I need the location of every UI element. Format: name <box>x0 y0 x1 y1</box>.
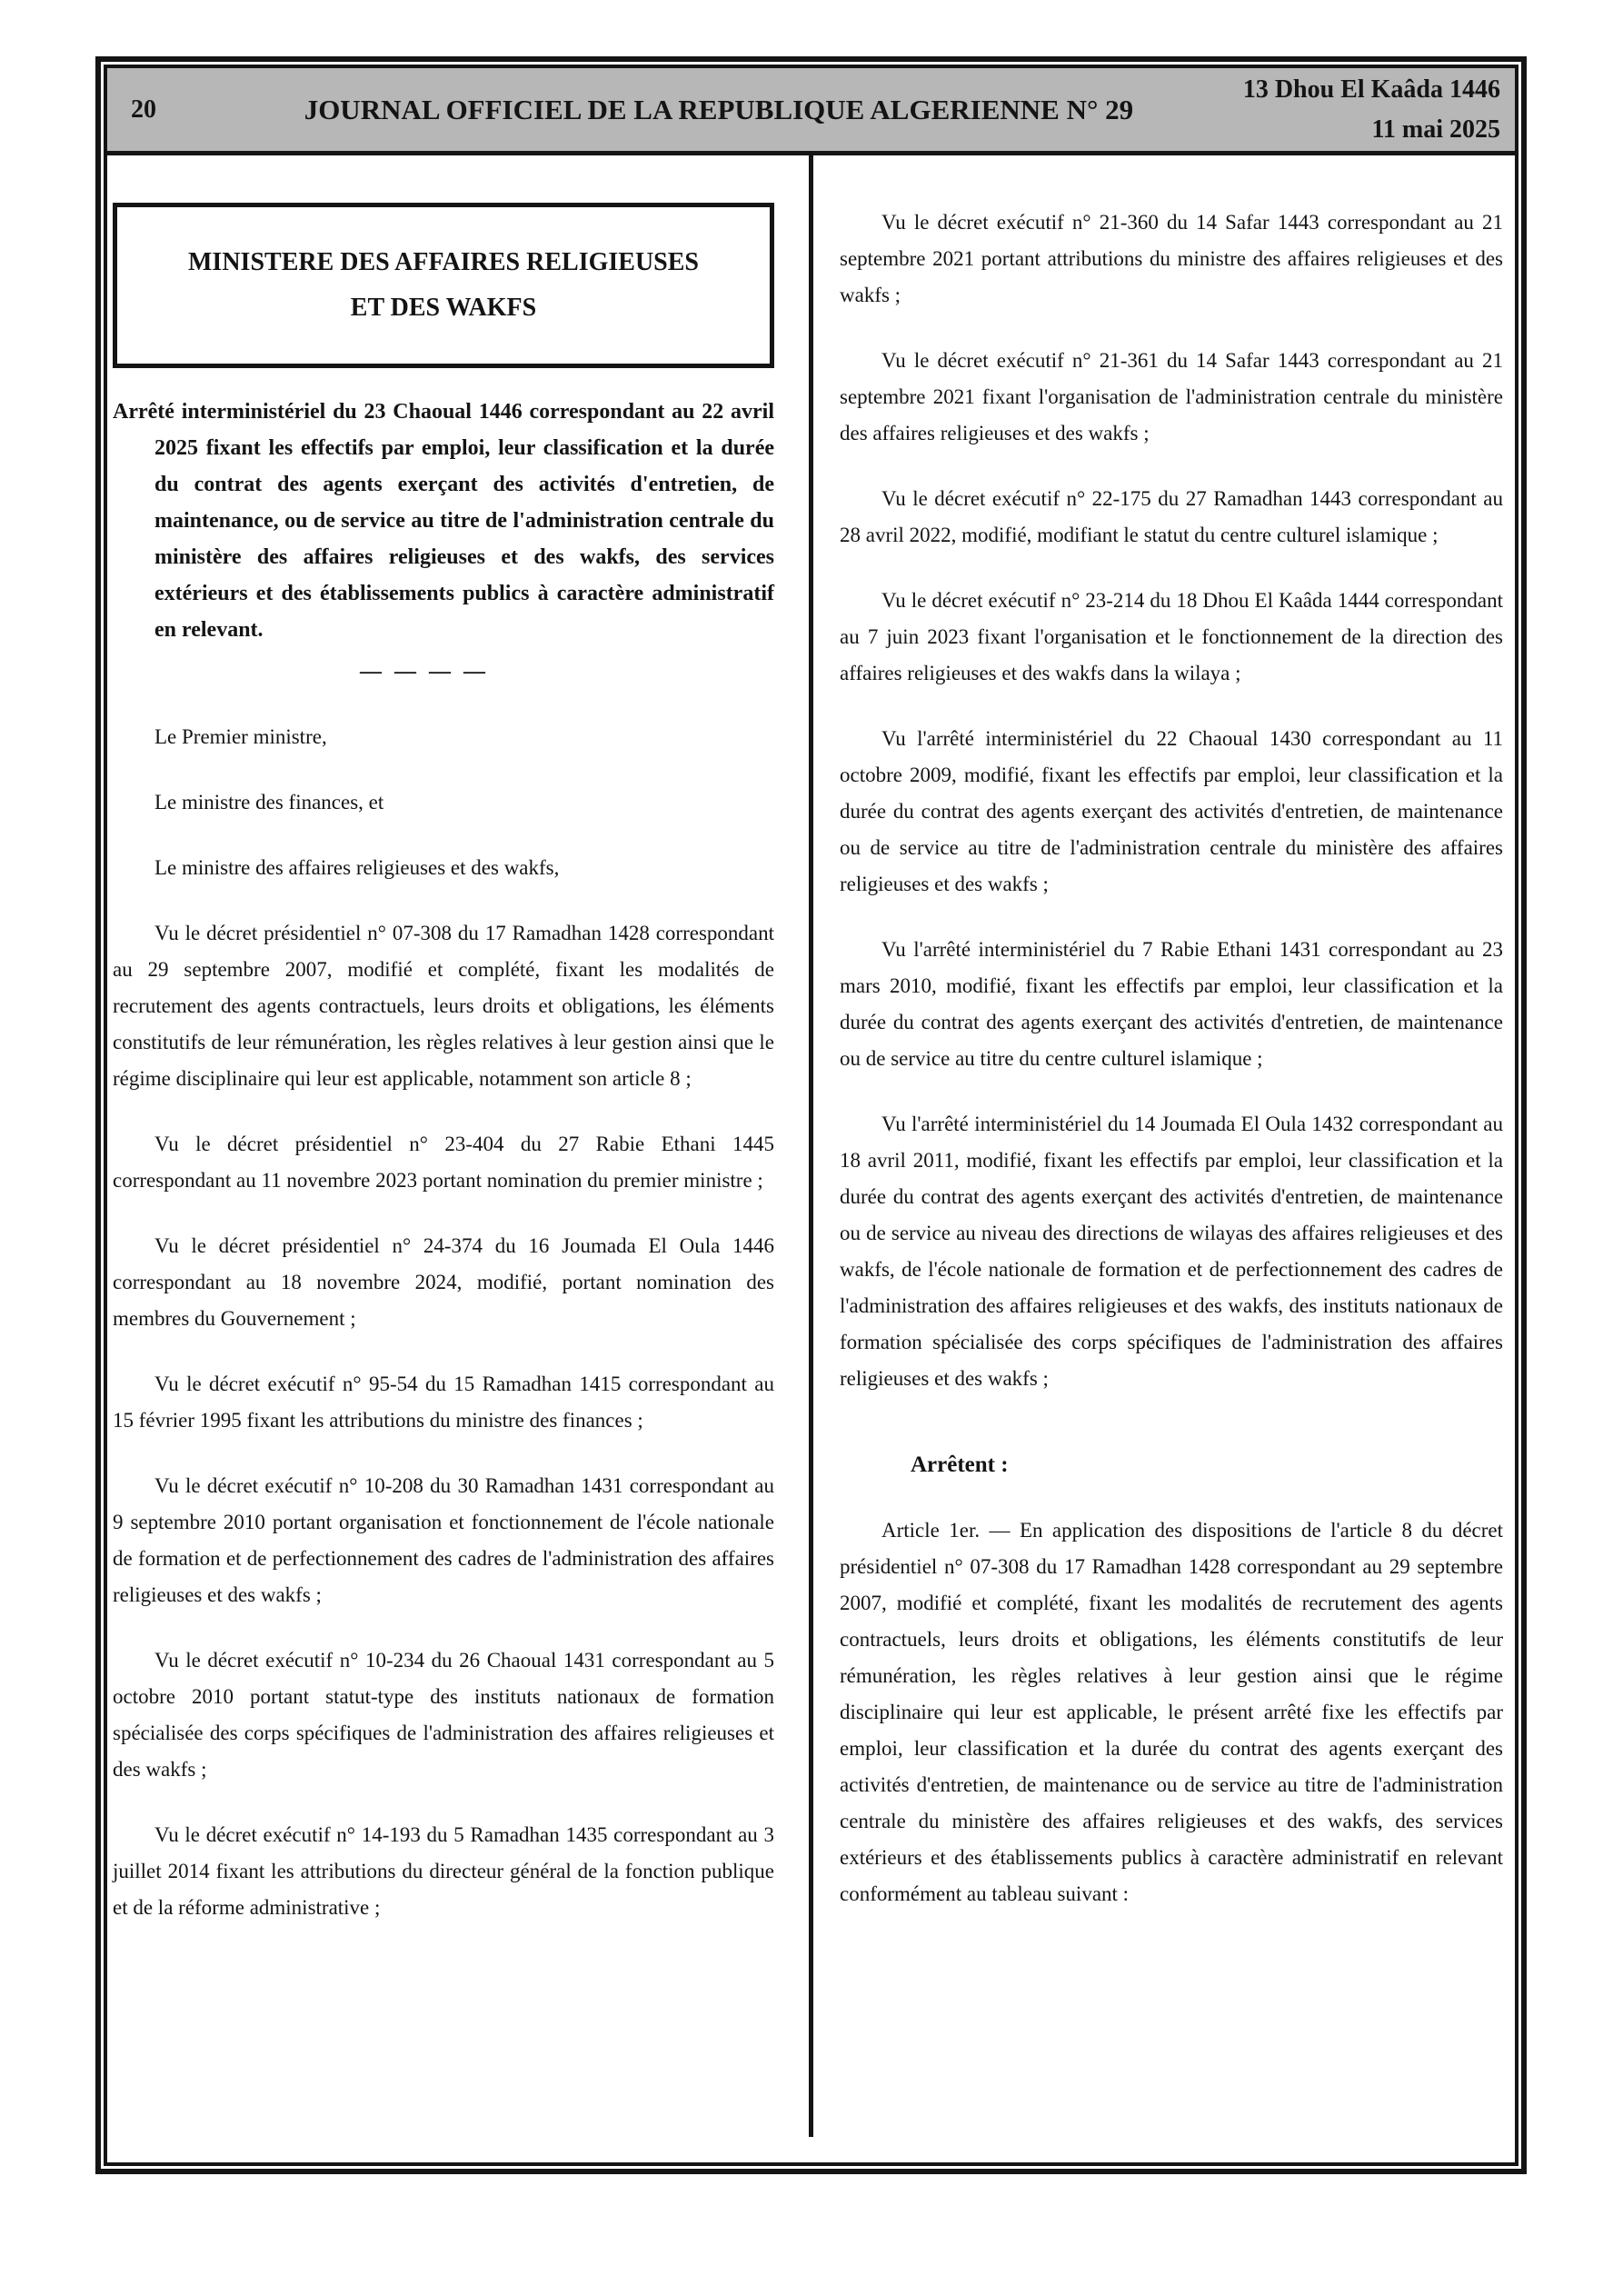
salutation-ministre-affaires: Le ministre des affaires religieuses et … <box>113 850 774 886</box>
ministry-title-box: MINISTERE DES AFFAIRES RELIGIEUSES ET DE… <box>113 203 774 368</box>
vu-paragraph: Vu le décret exécutif n° 14-193 du 5 Ram… <box>113 1817 774 1926</box>
article-1-paragraph: Article 1er. — En application des dispos… <box>840 1512 1503 1912</box>
right-column: Vu le décret exécutif n° 21-360 du 14 Sa… <box>840 155 1503 1912</box>
decree-title-paragraph: Arrêté interministériel du 23 Chaoual 14… <box>113 394 774 648</box>
ministry-title-line1: MINISTERE DES AFFAIRES RELIGIEUSES <box>124 240 762 285</box>
date-hijri: 13 Dhou El Kaâda 1446 <box>1243 70 1500 110</box>
vu-paragraph: Vu l'arrêté interministériel du 7 Rabie … <box>840 932 1503 1077</box>
journal-page: 20 JOURNAL OFFICIEL DE LA REPUBLIQUE ALG… <box>95 56 1527 2174</box>
vu-paragraph: Vu le décret présidentiel n° 07-308 du 1… <box>113 915 774 1097</box>
left-column: MINISTERE DES AFFAIRES RELIGIEUSES ET DE… <box>113 155 774 1926</box>
salutation-premier-ministre: Le Premier ministre, <box>113 719 774 755</box>
page-number: 20 <box>131 95 194 125</box>
issue-dates: 13 Dhou El Kaâda 1446 11 mai 2025 <box>1243 70 1500 150</box>
vu-paragraph: Vu le décret exécutif n° 10-208 du 30 Ra… <box>113 1468 774 1613</box>
page-header-band: 20 JOURNAL OFFICIEL DE LA REPUBLIQUE ALG… <box>107 68 1515 155</box>
vu-paragraph: Vu l'arrêté interministériel du 22 Chaou… <box>840 721 1503 903</box>
vu-paragraph: Vu le décret présidentiel n° 24-374 du 1… <box>113 1228 774 1337</box>
vu-paragraph: Vu le décret exécutif n° 23-214 du 18 Dh… <box>840 583 1503 692</box>
ministry-title-line2: ET DES WAKFS <box>124 285 762 331</box>
vu-paragraph: Vu le décret exécutif n° 21-360 du 14 Sa… <box>840 205 1503 314</box>
vu-paragraph: Vu le décret exécutif n° 10-234 du 26 Ch… <box>113 1642 774 1788</box>
two-column-body: MINISTERE DES AFFAIRES RELIGIEUSES ET DE… <box>107 155 1515 2162</box>
journal-title: JOURNAL OFFICIEL DE LA REPUBLIQUE ALGERI… <box>194 94 1243 126</box>
arretent-heading: Arrêtent : <box>911 1447 1503 1483</box>
salutation-ministre-finances: Le ministre des finances, et <box>113 784 774 821</box>
dash-separator: — — — — <box>113 654 774 690</box>
vu-paragraph: Vu le décret présidentiel n° 23-404 du 2… <box>113 1126 774 1199</box>
vu-paragraph: Vu le décret exécutif n° 95-54 du 15 Ram… <box>113 1366 774 1439</box>
vu-paragraph: Vu le décret exécutif n° 21-361 du 14 Sa… <box>840 343 1503 452</box>
page-inner-frame: 20 JOURNAL OFFICIEL DE LA REPUBLIQUE ALG… <box>104 65 1518 2166</box>
date-gregorian: 11 mai 2025 <box>1243 110 1500 150</box>
column-divider-rule <box>809 155 813 2137</box>
vu-paragraph: Vu l'arrêté interministériel du 14 Jouma… <box>840 1106 1503 1397</box>
vu-paragraph: Vu le décret exécutif n° 22-175 du 27 Ra… <box>840 481 1503 554</box>
